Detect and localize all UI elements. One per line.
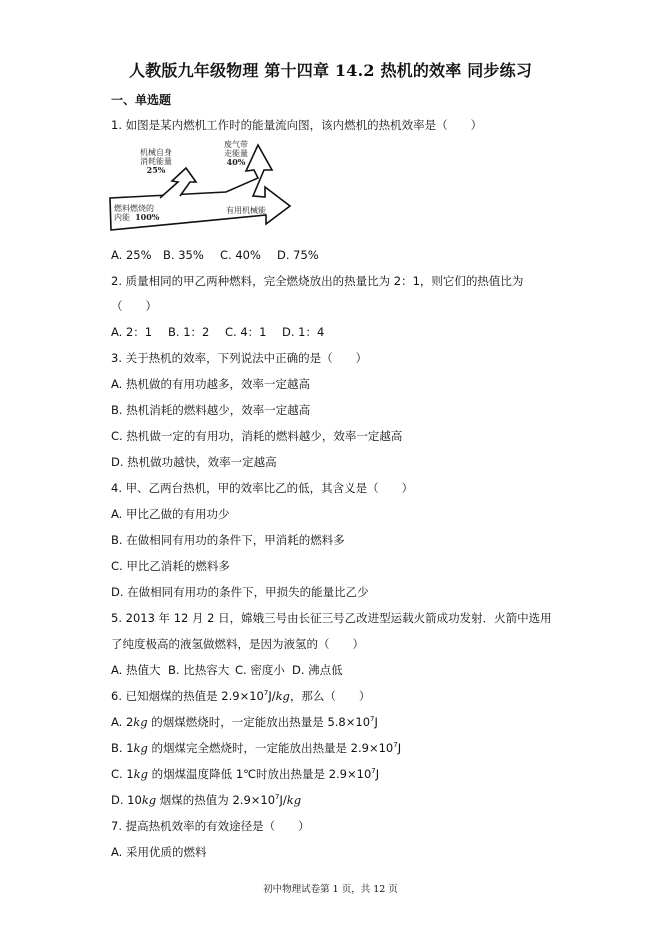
option-a[interactable]: A. 2：1 [111,324,168,340]
option-b[interactable]: B. 比热容大 [168,662,235,678]
question-5-options: A. 热值大B. 比热容大C. 密度小D. 沸点低 [111,662,343,678]
option-d[interactable]: D. 1：4 [282,324,324,340]
question-6-option-a[interactable]: A. 2kg 的烟煤燃烧时，一定能放出热量是 5.8×107J [111,714,378,730]
option-c[interactable]: C. 密度小 [235,662,292,678]
question-3-option-d[interactable]: D. 热机做功越快，效率一定越高 [111,454,277,470]
question-4-option-b[interactable]: B. 在做相同有用功的条件下，甲消耗的燃料多 [111,532,345,548]
option-c[interactable]: C. 4：1 [225,324,282,340]
option-a[interactable]: A. 热值大 [111,662,168,678]
label-mechanical-loss: 机械自身 消耗能量 25% [130,148,182,175]
page-title: 人教版九年级物理 第十四章 14.2 热机的效率 同步练习 [0,58,661,81]
label-fuel-energy: 燃料燃烧的 内能 100% [114,204,159,222]
question-4-option-c[interactable]: C. 甲比乙消耗的燃料多 [111,558,230,574]
question-3-option-b[interactable]: B. 热机消耗的燃料越少，效率一定越高 [111,402,310,418]
question-7-stem: 7. 提高热机效率的有效途径是（ ） [111,818,310,834]
label-useful-energy: 有用机械能 [226,206,266,215]
question-1-stem: 1. 如图是某内燃机工作时的能量流向图，该内燃机的热机效率是（ ） [111,117,482,133]
question-4-option-a[interactable]: A. 甲比乙做的有用功少 [111,506,229,522]
energy-flow-diagram: 机械自身 消耗能量 25% 废气带 走能量 40% 燃料燃烧的 内能 100% … [108,140,298,232]
option-d[interactable]: D. 75% [277,247,319,263]
question-3-option-c[interactable]: C. 热机做一定的有用功，消耗的燃料越少，效率一定越高 [111,428,402,444]
question-5-stem-cont: 了纯度极高的液氢做燃料，是因为液氢的（ ） [111,636,364,652]
question-6-option-c[interactable]: C. 1kg 的烟煤温度降低 1℃时放出热量是 2.9×107J [111,766,379,782]
option-c[interactable]: C. 40% [220,247,277,263]
option-a[interactable]: A. 25% [111,247,163,263]
question-6-option-b[interactable]: B. 1kg 的烟煤完全燃烧时，一定能放出热量是 2.9×107J [111,740,401,756]
question-4-option-d[interactable]: D. 在做相同有用功的条件下，甲损失的能量比乙少 [111,584,369,600]
question-7-option-a[interactable]: A. 采用优质的燃料 [111,844,206,860]
section-heading: 一、单选题 [111,91,171,108]
question-6-option-d[interactable]: D. 10kg 烟煤的热值为 2.9×107J/kg [111,792,301,808]
question-2-stem-cont: （ ） [111,298,157,314]
question-5-stem: 5. 2013 年 12 月 2 日，嫦娥三号由长征三号乙改进型运载火箭成功发射… [111,610,552,626]
question-4-stem: 4. 甲、乙两台热机，甲的效率比乙的低，其含义是（ ） [111,480,413,496]
question-6-stem: 6. 已知烟煤的热值是 2.9×107J/kg，那么（ ） [111,688,370,704]
page-footer: 初中物理试卷第 1 页，共 12 页 [0,881,661,895]
question-2-options: A. 2：1B. 1：2C. 4：1D. 1：4 [111,324,324,340]
question-1-options: A. 25%B. 35%C. 40%D. 75% [111,247,319,263]
question-3-stem: 3. 关于热机的效率，下列说法中正确的是（ ） [111,350,367,366]
option-b[interactable]: B. 35% [163,247,220,263]
label-exhaust-loss: 废气带 走能量 40% [214,140,258,167]
option-b[interactable]: B. 1：2 [168,324,225,340]
question-3-option-a[interactable]: A. 热机做的有用功越多，效率一定越高 [111,376,310,392]
question-2-stem: 2. 质量相同的甲乙两种燃料，完全燃烧放出的热量比为 2：1，则它们的热值比为 [111,273,523,289]
option-d[interactable]: D. 沸点低 [292,662,343,678]
